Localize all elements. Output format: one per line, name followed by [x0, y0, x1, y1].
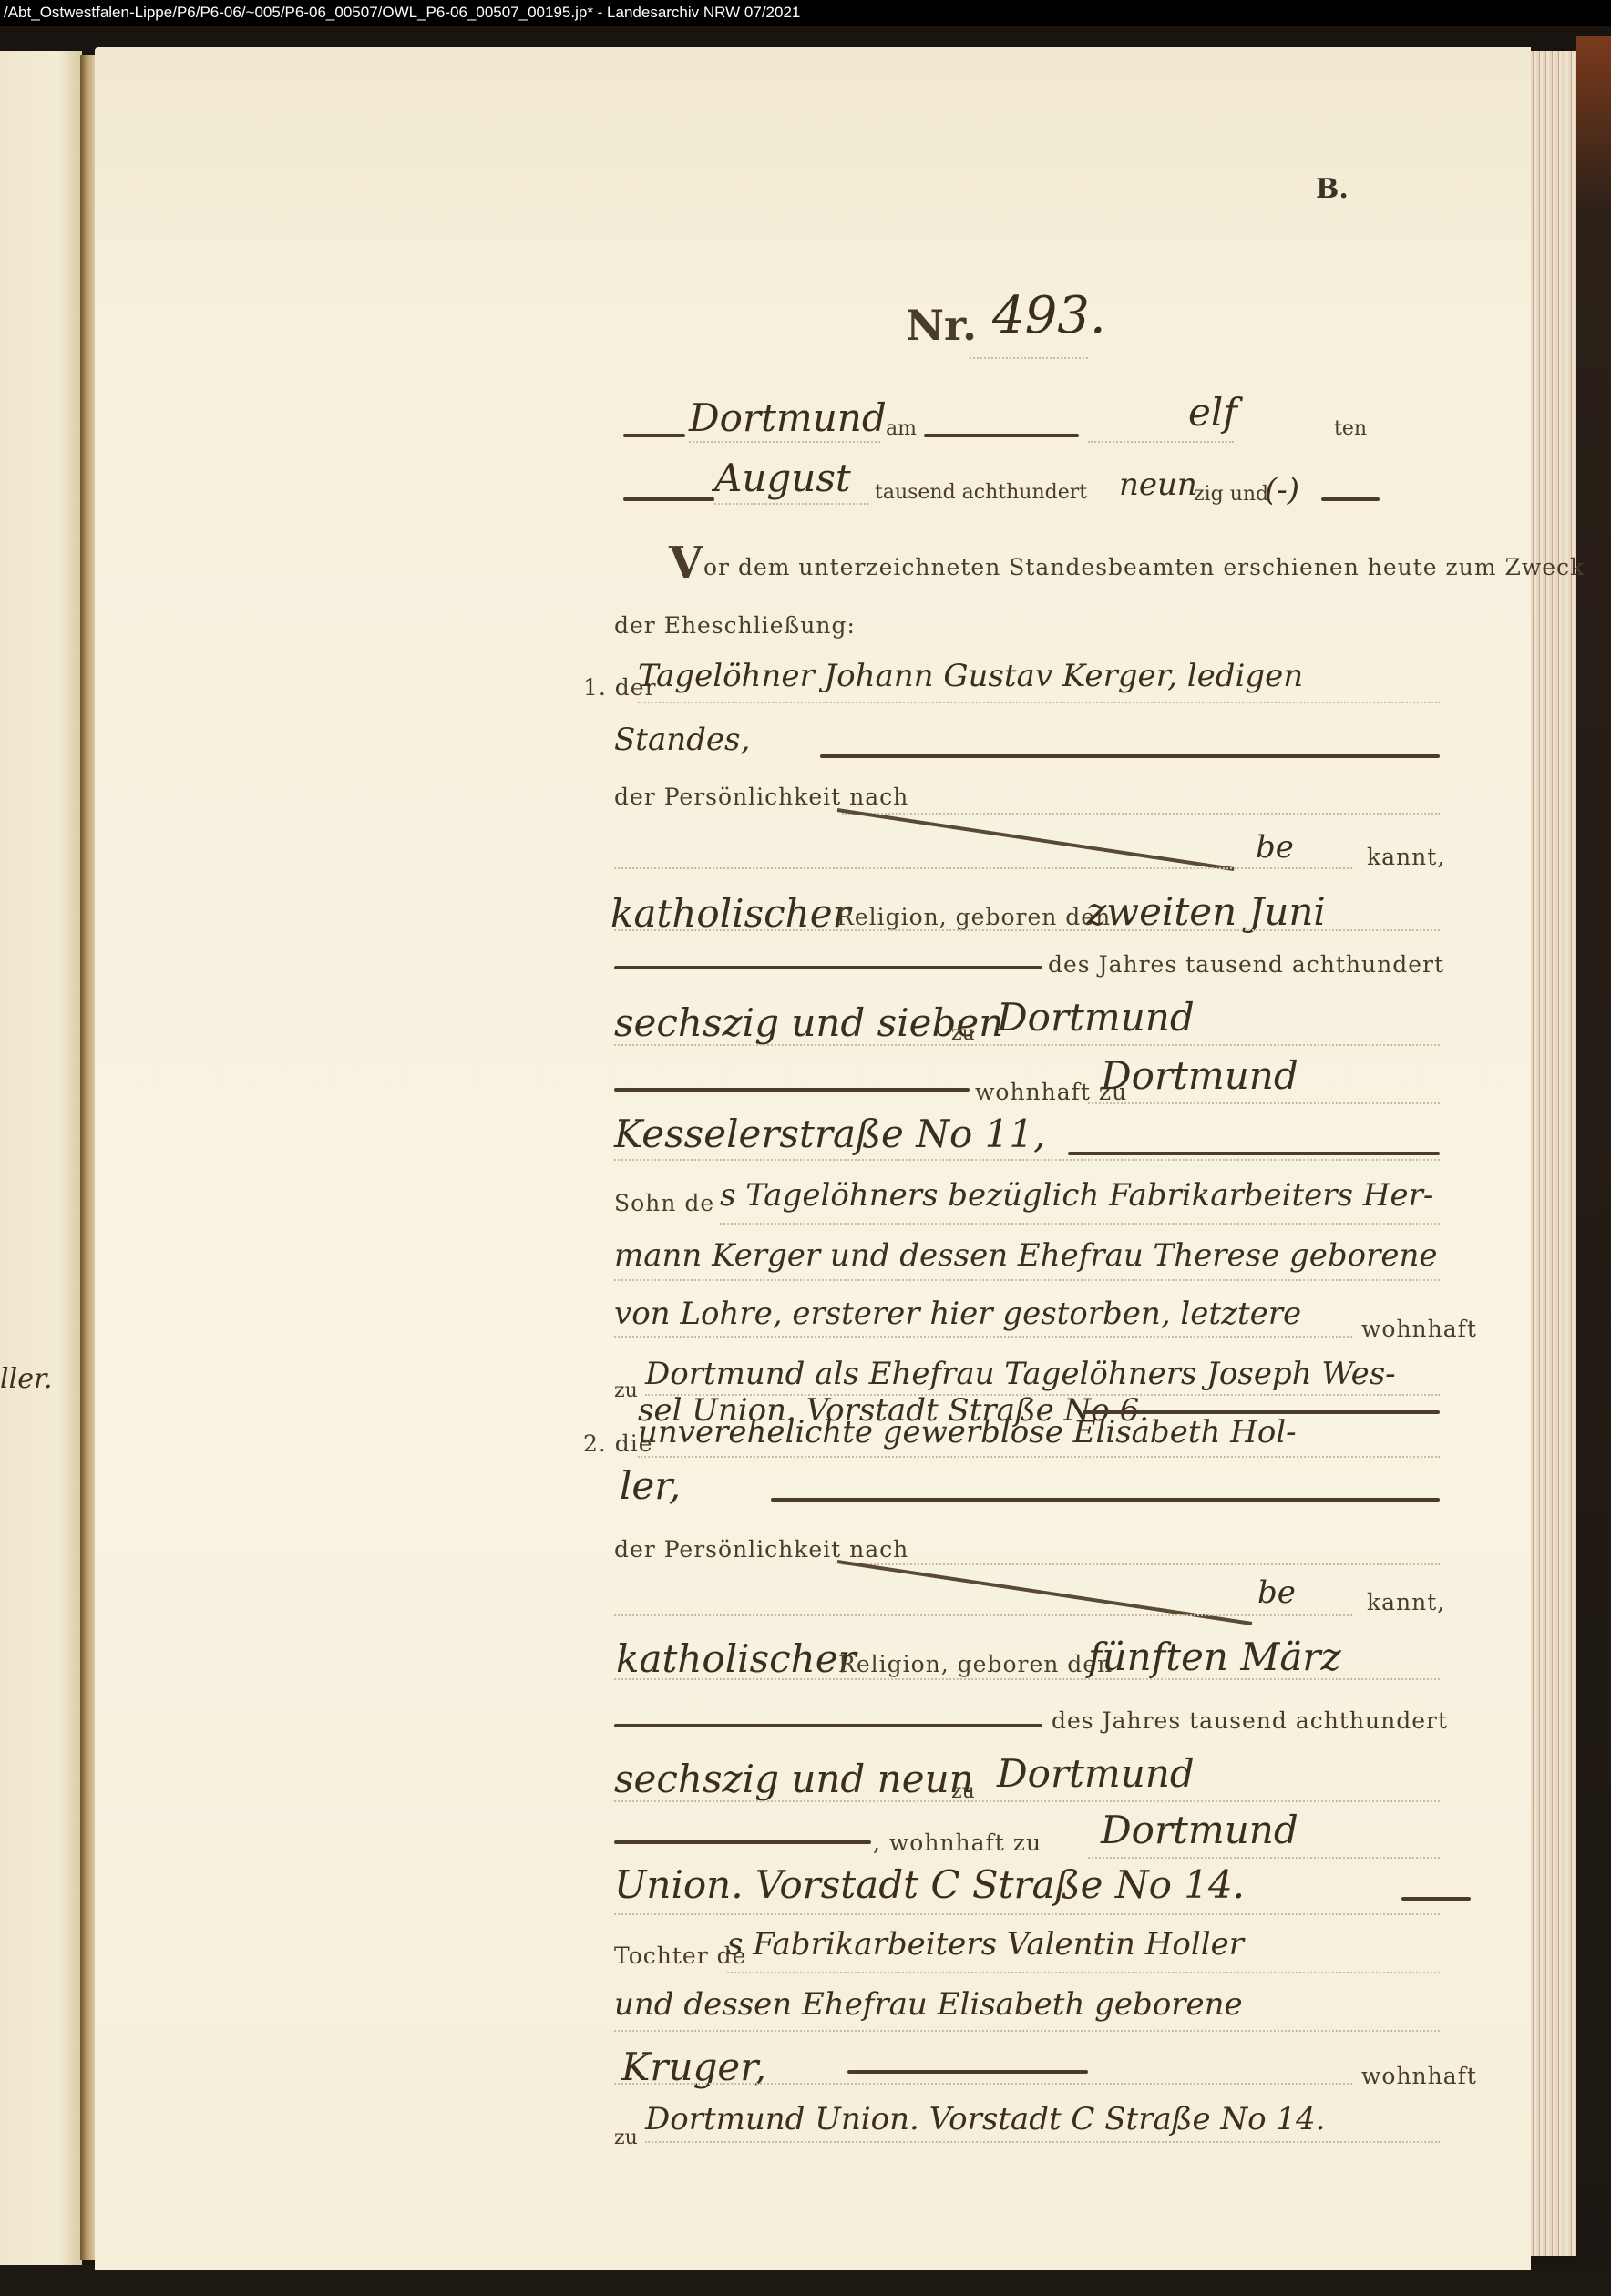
left-page-fragment: ller. [0, 1363, 53, 1395]
groom-year-label: des Jahres tausend achthundert [1048, 951, 1444, 978]
groom-birth-year: sechszig und sieben [614, 1000, 1003, 1045]
page-edges [1524, 51, 1578, 2256]
groom-parents-label: Sohn de [614, 1190, 714, 1216]
groom-birthplace-label: zu [951, 1022, 975, 1045]
groom-parents-line-1: s Tagelöhners bezüglich Fabrikarbeiters … [720, 1177, 1433, 1214]
bride-known-label: kannt, [1367, 1589, 1445, 1615]
bride-address: Union. Vorstadt C Straße No 14. [614, 1862, 1245, 1907]
intro-line-1: or dem unterzeichneten Standesbeamten er… [703, 554, 1585, 580]
bride-birth-year: sechszig und neun [614, 1757, 974, 1801]
year-prefix-label: tausend achthundert [875, 481, 1087, 504]
groom-parents-line-3: von Lohre, ersterer hier gestorben, letz… [614, 1296, 1301, 1332]
viewer-title: /Abt_Ostwestfalen-Lippe/P6/P6-06/~005/P6… [4, 4, 800, 21]
bride-identity-label: der Persönlichkeit nach [614, 1536, 908, 1563]
year-tens-value: neun [1119, 466, 1197, 503]
bride-religion-label: Religion, geboren den [838, 1651, 1113, 1677]
section-letter: B. [1316, 173, 1349, 205]
groom-identity-strike [837, 808, 1235, 871]
register-page: B. Nr. 493. Dortmund am elf ten August t… [95, 47, 1531, 2270]
groom-parents-residence-prefix: zu [614, 1379, 638, 1402]
groom-line-1: Tagelöhner Johann Gustav Kerger, ledigen [638, 658, 1303, 694]
intro-line-2: der Eheschließung: [614, 612, 856, 639]
bride-known-prefix: be [1257, 1574, 1296, 1611]
groom-line-2: Standes, [614, 722, 750, 758]
bride-religion: katholischer [616, 1636, 857, 1681]
groom-known-label: kannt, [1367, 844, 1445, 870]
groom-address: Kesselerstraße No 11, [614, 1112, 1045, 1156]
bride-parents-line-1: s Fabrikarbeiters Valentin Holler [727, 1926, 1244, 1963]
viewer-title-bar: /Abt_Ostwestfalen-Lippe/P6/P6-06/~005/P6… [0, 0, 1611, 26]
bride-residence-label: , wohnhaft zu [873, 1830, 1042, 1856]
groom-parents-residence-line-1: Dortmund als Ehefrau Tagelöhners Joseph … [645, 1356, 1396, 1392]
groom-birthplace: Dortmund [997, 995, 1195, 1040]
groom-identity-label: der Persönlichkeit nach [614, 784, 908, 810]
bride-parents-line-2: und dessen Ehefrau Elisabeth geborene [614, 1986, 1243, 2023]
am-label: am [886, 417, 917, 440]
bride-parents-residence-label: wohnhaft [1361, 2063, 1477, 2089]
record-number-label: Nr. [906, 301, 977, 350]
groom-known-prefix: be [1256, 829, 1294, 866]
bride-birth-day-month: fünften März [1088, 1635, 1341, 1679]
record-number-value: 493. [992, 286, 1106, 345]
month-value: August [714, 456, 851, 500]
day-value: elf [1188, 390, 1237, 435]
bride-line-1: unverehelichte gewerblose Elisabeth Hol- [638, 1414, 1297, 1450]
groom-parents-residence-label: wohnhaft [1361, 1316, 1477, 1342]
bride-parents-residence-prefix: zu [614, 2127, 638, 2149]
bride-line-2: ler, [620, 1463, 681, 1508]
groom-parents-line-2: mann Kerger und dessen Ehefrau Therese g… [614, 1237, 1438, 1274]
bride-residence: Dortmund [1101, 1808, 1298, 1852]
bride-parents-residence-line-1: Dortmund Union. Vorstadt C Straße No 14. [645, 2101, 1325, 2137]
bride-year-label: des Jahres tausend achthundert [1052, 1707, 1448, 1734]
zig-und-label: zig und [1194, 483, 1268, 506]
ten-label: ten [1334, 417, 1367, 440]
groom-birth-day-month: zweiten Juni [1086, 889, 1326, 934]
place-value: Dortmund [689, 395, 887, 440]
groom-religion-label: Religion, geboren den [836, 904, 1111, 930]
year-units-value: (-) [1265, 472, 1299, 508]
bride-birthplace: Dortmund [997, 1751, 1195, 1796]
groom-residence: Dortmund [1101, 1053, 1298, 1098]
book-cover [1576, 36, 1611, 2296]
intro-dropcap: V [669, 538, 703, 589]
left-page: ller. [0, 51, 82, 2265]
